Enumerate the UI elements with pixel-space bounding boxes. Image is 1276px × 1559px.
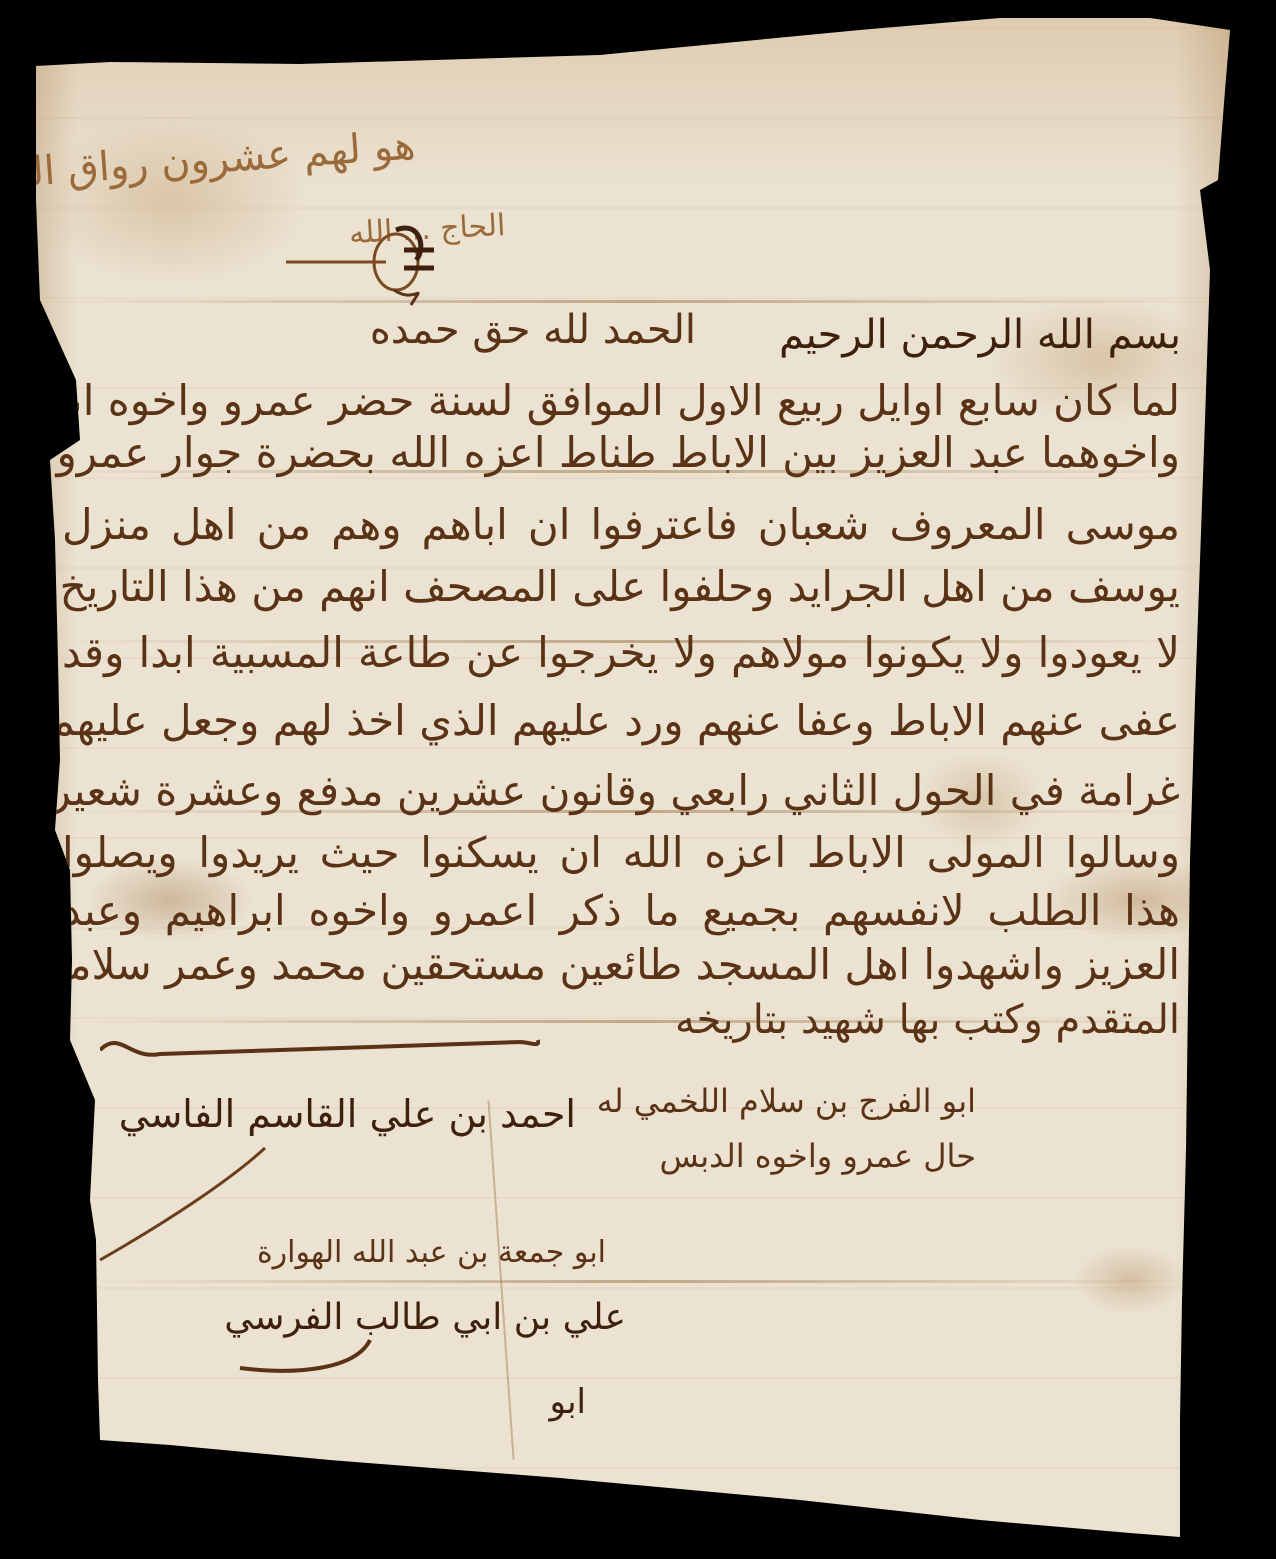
body-line-7: غرامة في الحول الثاني رابعي وقانون عشرين…	[62, 770, 1180, 812]
fold-line	[40, 300, 1230, 303]
signature-flourish	[90, 1140, 270, 1270]
body-line-11: المتقدم وكتب بها شهيد بتاريخه	[675, 1000, 1180, 1040]
body-line-8: وسالوا المولى الاباط اعزه الله ان يسكنوا…	[62, 832, 1180, 874]
body-line-2: واخوهما عبد العزيز بين الاباط طناط اعزه …	[62, 432, 1180, 474]
seal-mark-icon	[276, 210, 436, 320]
body-line-5: لا يعودوا ولا يكونوا مولاهم ولا يخرجوا ع…	[62, 632, 1180, 674]
footer-note: ابو	[550, 1385, 586, 1419]
header-note-line-1: هو لهم عشرون رواق الى	[0, 125, 417, 194]
closing-flourish	[100, 1020, 540, 1060]
hamdala: الحمد لله حق حمده	[370, 310, 696, 350]
parchment-sheet: هو لهم عشرون رواق الى الحاج ... الله بسم…	[0, 0, 1276, 1559]
fold-line	[90, 1280, 1190, 1283]
body-line-3: موسى المعروف شعبان فاعترفوا ان اباهم وهم…	[62, 504, 1180, 546]
witness-signature-3-line-1: ابو جمعة بن عبد الله الهوارة	[257, 1238, 606, 1268]
signature-flourish	[235, 1330, 375, 1390]
body-line-10: العزيز واشهدوا اهل المسجد طائعين مستحقين…	[62, 944, 1180, 986]
body-line-9: هذا الطلب لانفسهم بجميع ما ذكر اعمرو واخ…	[62, 890, 1180, 932]
body-line-1: لما كان سابع اوايل ربيع الاول الموافق لس…	[62, 380, 1180, 422]
witness-signature-1: احمد بن علي القاسم الفاسي	[119, 1095, 576, 1133]
witness-signature-2-line-2: حال عمرو واخوه الدبس	[659, 1140, 976, 1172]
basmala: بسم الله الرحمن الرحيم	[779, 315, 1181, 355]
body-line-6: عفى عنهم الاباط وعفا عنهم ورد عليهم الذي…	[62, 700, 1180, 742]
body-line-4: يوسف من اهل الجرايد وحلفوا على المصحف ان…	[62, 566, 1180, 608]
witness-signature-2-line-1: ابو الفرج بن سلام اللخمي له	[597, 1085, 976, 1117]
